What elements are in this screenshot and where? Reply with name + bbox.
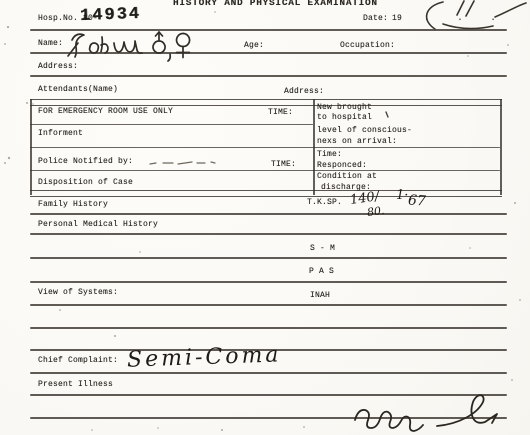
s-m-label: S - M bbox=[310, 244, 335, 254]
chief-complaint-label: Chief Complaint: bbox=[38, 356, 118, 366]
er-box-top-border bbox=[30, 99, 502, 106]
scan-noise bbox=[0, 0, 530, 435]
er-informent-label: Informent bbox=[38, 129, 83, 139]
tksp-handwriting-extra-a: 1· bbox=[396, 188, 408, 203]
scanned-form-page: HISTORY AND PHYSICAL EXAMINATION Hosp.No… bbox=[0, 0, 530, 435]
review-of-systems-label: View of Systems: bbox=[38, 288, 118, 298]
family-history-label: Family History bbox=[38, 200, 108, 210]
name-label: Name: bbox=[38, 39, 63, 49]
er-row-separator bbox=[30, 147, 500, 148]
er-conscious-line2: nexs on arrival: bbox=[317, 137, 397, 147]
rule-line bbox=[30, 29, 507, 31]
rule-line bbox=[30, 213, 507, 215]
er-brought-line2: to hospital bbox=[317, 113, 372, 123]
personal-history-label: Personal Medical History bbox=[38, 220, 158, 230]
rule-line bbox=[30, 233, 507, 235]
er-time-label-1: TIME: bbox=[268, 108, 293, 118]
attendants-label: Attendants(Name) bbox=[38, 85, 118, 95]
bp-handwriting-bottom: 80. bbox=[366, 204, 385, 219]
rule-line bbox=[30, 52, 507, 54]
age-label: Age: bbox=[244, 41, 264, 51]
tksp-label: T.K.SP. bbox=[307, 198, 342, 208]
inah-label: INAH bbox=[310, 291, 330, 301]
occupation-label: Occupation: bbox=[340, 41, 395, 51]
police-pen-marks bbox=[145, 156, 255, 168]
er-box-right-border bbox=[500, 99, 502, 195]
rule-line bbox=[30, 281, 507, 283]
rule-line bbox=[30, 75, 507, 77]
er-row-separator bbox=[30, 124, 313, 125]
er-time-label-2: TIME: bbox=[271, 160, 296, 170]
present-illness-label: Present Illness bbox=[38, 380, 113, 390]
rule-line bbox=[30, 304, 507, 306]
chief-complaint-handwriting: Semi-Coma bbox=[127, 342, 282, 372]
address-label: Address: bbox=[38, 62, 78, 72]
rule-line bbox=[30, 327, 507, 329]
tksp-handwriting-extra-b: 67 bbox=[407, 192, 426, 209]
er-heading: FOR EMERGENCY ROOM USE ONLY bbox=[38, 107, 173, 117]
date-label: Date: bbox=[363, 14, 388, 24]
er-brought-line1: New brought bbox=[317, 103, 372, 113]
hosp-no-stamp: 14934 bbox=[80, 5, 142, 26]
er-row-separator bbox=[30, 170, 500, 171]
attendants-address-label: Address: bbox=[284, 87, 324, 97]
er-responced-label: Responced: bbox=[317, 161, 367, 171]
er-condition-line1: Condition at bbox=[317, 172, 377, 182]
er-box-bottom-border bbox=[30, 190, 502, 197]
er-police-label: Police Notified by: bbox=[38, 157, 133, 167]
date-circle-scribble bbox=[395, 0, 530, 30]
pen-tick-mark bbox=[386, 112, 388, 117]
name-handwriting-scribble bbox=[64, 28, 194, 61]
p-s-label: P A S bbox=[309, 267, 334, 277]
form-title: HISTORY AND PHYSICAL EXAMINATION bbox=[173, 0, 378, 8]
er-disposition-label: Disposition of Case bbox=[38, 178, 133, 188]
er-time-line: Time: bbox=[317, 150, 342, 160]
rule-line bbox=[30, 372, 507, 374]
female-symbol-handwritten bbox=[177, 34, 190, 47]
rule-line bbox=[30, 257, 507, 259]
signature-scribble bbox=[345, 392, 505, 434]
er-conscious-line1: level of conscious- bbox=[317, 126, 412, 136]
